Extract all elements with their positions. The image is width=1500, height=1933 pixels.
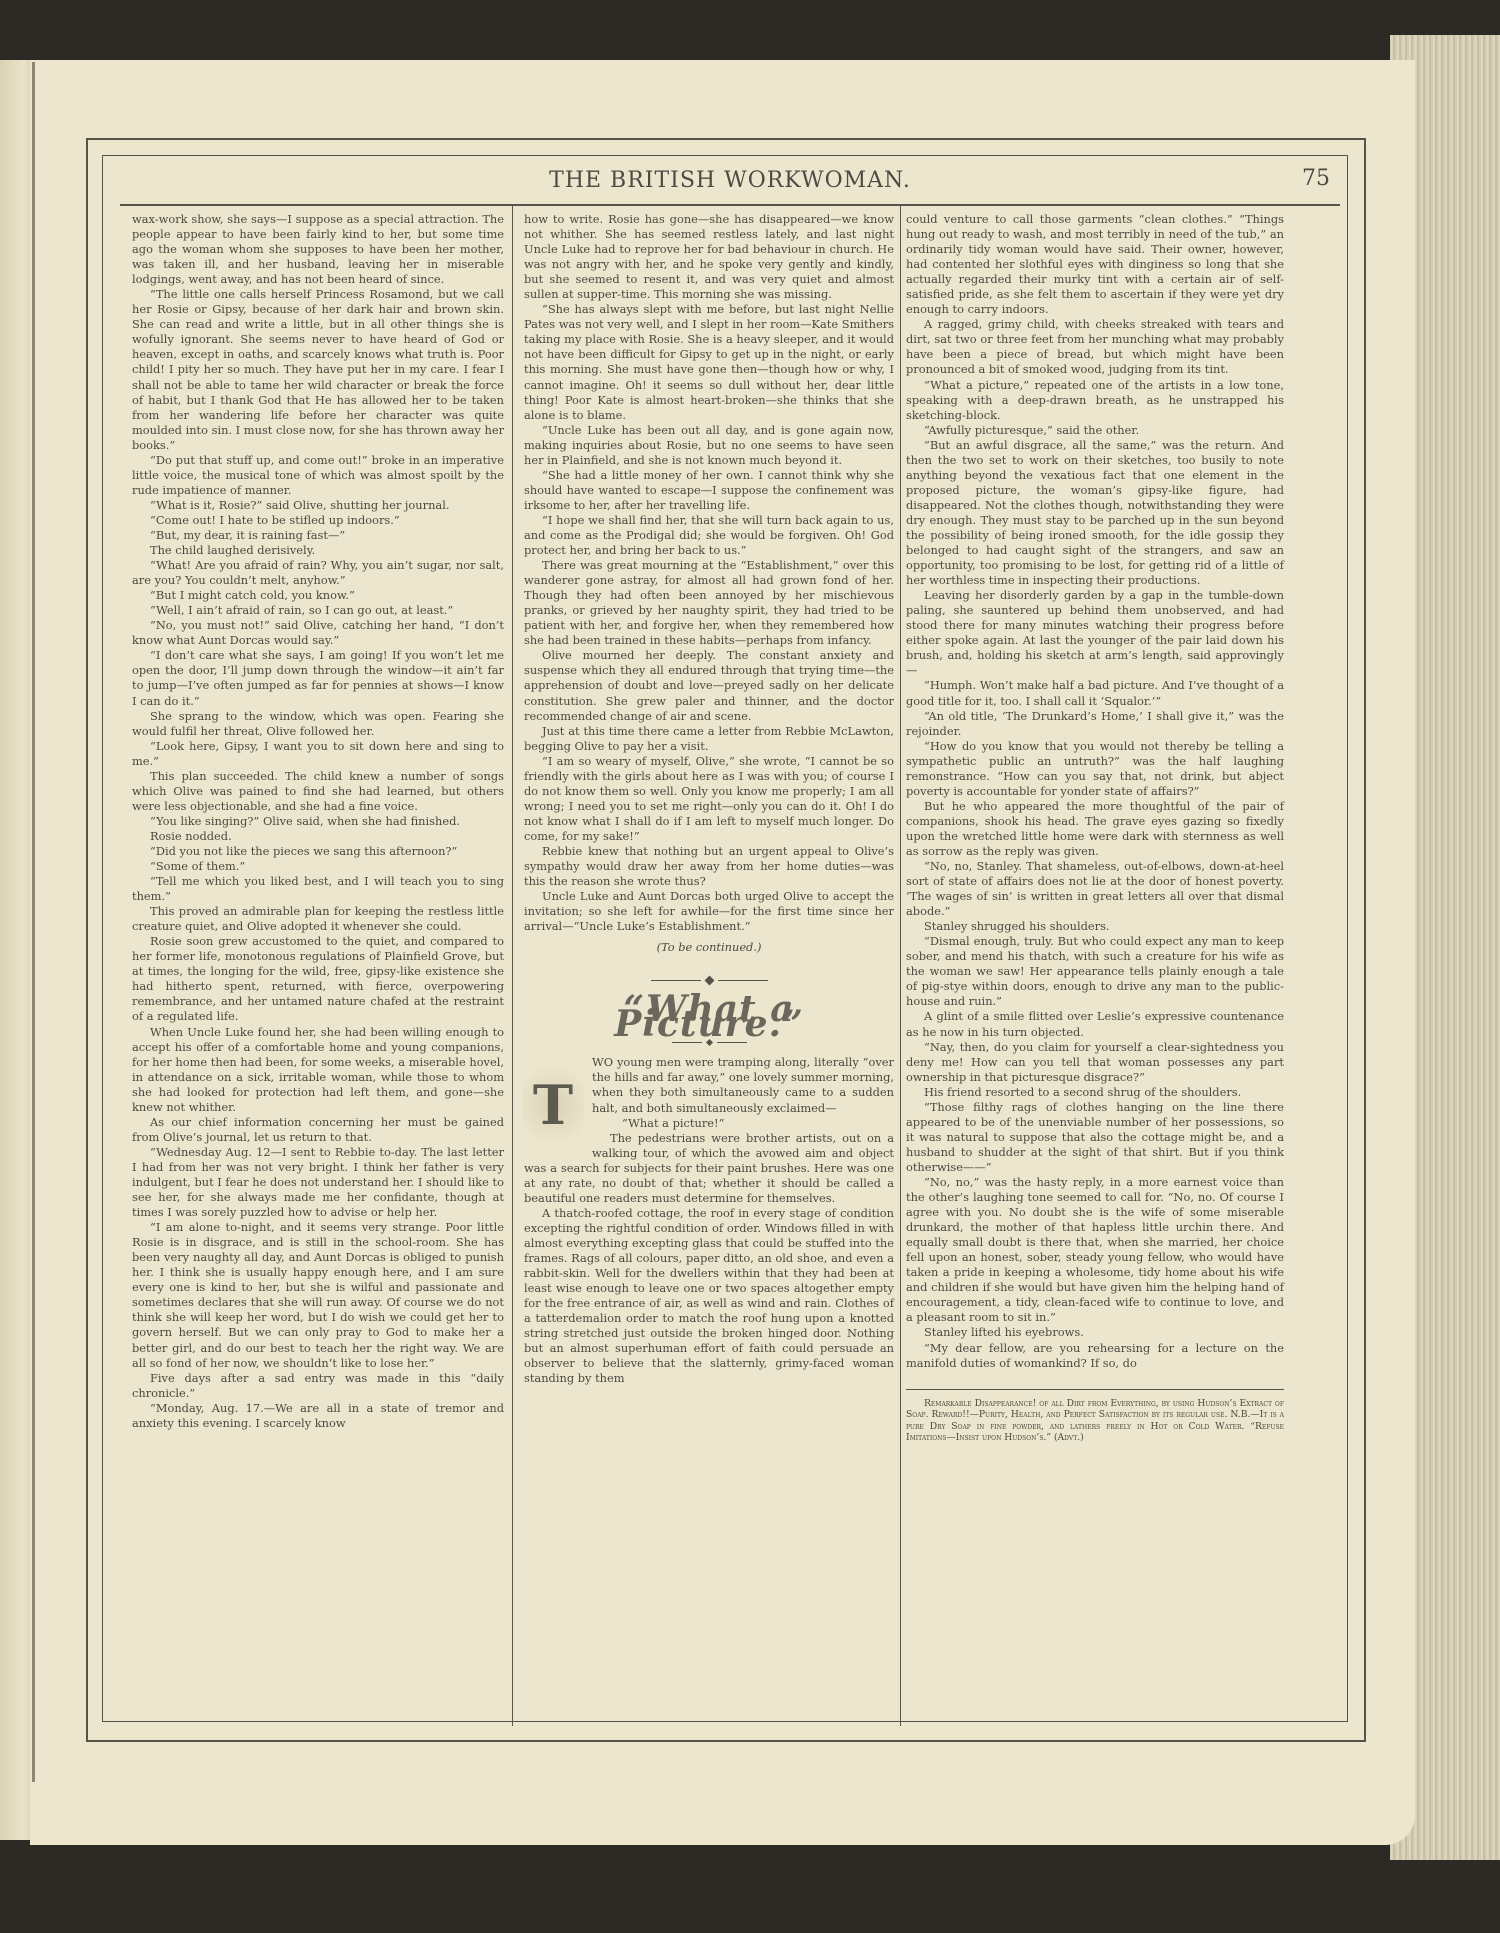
- page-number: 75: [1302, 166, 1330, 191]
- section-ornament: [524, 977, 894, 984]
- paragraph: “Humph. Won’t make half a bad picture. A…: [906, 678, 1284, 708]
- column-right: could venture to call those garments “cl…: [906, 212, 1284, 1712]
- paragraph: “But, my dear, it is raining fast—”: [132, 528, 504, 543]
- paragraph: A ragged, grimy child, with cheeks strea…: [906, 317, 1284, 377]
- paragraph: wax-work show, she says—I suppose as a s…: [132, 212, 504, 287]
- paragraph: As our chief information concerning her …: [132, 1115, 504, 1145]
- advertisement: Remarkable Disappearance! of all Dirt fr…: [906, 1398, 1284, 1444]
- paragraph: This proved an admirable plan for keepin…: [132, 904, 504, 934]
- column-left: wax-work show, she says—I suppose as a s…: [132, 212, 504, 1712]
- paragraph: could venture to call those garments “cl…: [906, 212, 1284, 317]
- paragraph: “Awfully picturesque,” said the other.: [906, 423, 1284, 438]
- paragraph: “Come out! I hate to be stifled up indoo…: [132, 513, 504, 528]
- advertisement-rule: [906, 1389, 1284, 1390]
- ornament-diamond-icon: [705, 1039, 712, 1046]
- paragraph: “The little one calls herself Princess R…: [132, 287, 504, 453]
- paragraph: “Do put that stuff up, and come out!” br…: [132, 453, 504, 498]
- paragraph: “I don’t care what she says, I am going!…: [132, 648, 504, 708]
- paragraph: Leaving her disorderly garden by a gap i…: [906, 588, 1284, 678]
- column-divider: [900, 206, 901, 1726]
- paragraph: Stanley shrugged his shoulders.: [906, 919, 1284, 934]
- paragraph: “Wednesday Aug. 12—I sent to Rebbie to-d…: [132, 1145, 504, 1220]
- paragraph: There was great mourning at the “Establi…: [524, 558, 894, 648]
- paragraph: “You like singing?” Olive said, when she…: [132, 814, 504, 829]
- paragraph: The child laughed derisively.: [132, 543, 504, 558]
- header-rule: [120, 204, 1340, 206]
- paragraph: “I am so weary of myself, Olive,” she wr…: [524, 754, 894, 844]
- paragraph: “What a picture,” repeated one of the ar…: [906, 378, 1284, 423]
- paragraph: “She has always slept with me before, bu…: [524, 302, 894, 422]
- paragraph: “My dear fellow, are you rehearsing for …: [906, 1341, 1284, 1371]
- publication-title: THE BRITISH WORKWOMAN.: [120, 168, 1340, 193]
- ornament-line: [651, 980, 701, 981]
- paragraph: But he who appeared the more thoughtful …: [906, 799, 1284, 859]
- article-body: T WO young men were tramping along, lite…: [524, 1055, 894, 1386]
- paragraph: A thatch-roofed cottage, the roof in eve…: [524, 1206, 894, 1387]
- title-ornament: [524, 1040, 894, 1045]
- article-title: “What a Picture.”: [524, 1002, 894, 1032]
- ornament-line: [717, 1042, 747, 1043]
- paragraph: A glint of a smile flitted over Leslie’s…: [906, 1009, 1284, 1039]
- paragraph: She sprang to the window, which was open…: [132, 709, 504, 739]
- paragraph: “Some of them.”: [132, 859, 504, 874]
- paragraph: “Monday, Aug. 17.—We are all in a state …: [132, 1401, 504, 1431]
- paragraph: Rosie soon grew accustomed to the quiet,…: [132, 934, 504, 1024]
- paragraph: Five days after a sad entry was made in …: [132, 1371, 504, 1401]
- paragraph: Rosie nodded.: [132, 829, 504, 844]
- ornament-diamond-icon: [704, 976, 714, 986]
- paragraph: “No, no,” was the hasty reply, in a more…: [906, 1175, 1284, 1325]
- paragraph: “Did you not like the pieces we sang thi…: [132, 844, 504, 859]
- paragraph: “I hope we shall find her, that she will…: [524, 513, 894, 558]
- paragraph: “Uncle Luke has been out all day, and is…: [524, 423, 894, 468]
- to-be-continued-note: (To be continued.): [524, 940, 894, 955]
- paragraph: “No, you must not!” said Olive, catching…: [132, 618, 504, 648]
- ornament-line: [672, 1042, 702, 1043]
- paragraph: “Look here, Gipsy, I want you to sit dow…: [132, 739, 504, 769]
- paragraph: When Uncle Luke found her, she had been …: [132, 1025, 504, 1115]
- paragraph: Stanley lifted his eyebrows.: [906, 1325, 1284, 1340]
- paragraph: “But I might catch cold, you know.”: [132, 588, 504, 603]
- column-middle: how to write. Rosie has gone—she has dis…: [524, 212, 894, 1712]
- paragraph: “But an awful disgrace, all the same,” w…: [906, 438, 1284, 588]
- paragraph: “How do you know that you would not ther…: [906, 739, 1284, 799]
- paragraph: “I am alone to-night, and it seems very …: [132, 1220, 504, 1370]
- paragraph: Uncle Luke and Aunt Dorcas both urged Ol…: [524, 889, 894, 934]
- paragraph: Olive mourned her deeply. The constant a…: [524, 648, 894, 723]
- paragraph: “What is it, Rosie?” said Olive, shuttin…: [132, 498, 504, 513]
- paragraph: “Dismal enough, truly. But who could exp…: [906, 934, 1284, 1009]
- paragraph: “She had a little money of her own. I ca…: [524, 468, 894, 513]
- paragraph: “What! Are you afraid of rain? Why, you …: [132, 558, 504, 588]
- paragraph: “No, no, Stanley. That shameless, out-of…: [906, 859, 1284, 919]
- ornament-line: [718, 980, 768, 981]
- paragraph: how to write. Rosie has gone—she has dis…: [524, 212, 894, 302]
- column-divider: [512, 206, 513, 1726]
- paragraph: Just at this time there came a letter fr…: [524, 724, 894, 754]
- book-gutter: [32, 62, 35, 1782]
- paragraph: Rebbie knew that nothing but an urgent a…: [524, 844, 894, 889]
- paragraph: His friend resorted to a second shrug of…: [906, 1085, 1284, 1100]
- paragraph: “Those filthy rags of clothes hanging on…: [906, 1100, 1284, 1175]
- paragraph: “Nay, then, do you claim for yourself a …: [906, 1040, 1284, 1085]
- paragraph: “Well, I ain’t afraid of rain, so I can …: [132, 603, 504, 618]
- running-header: THE BRITISH WORKWOMAN. 75: [120, 160, 1340, 200]
- paragraph: “Tell me which you liked best, and I wil…: [132, 874, 504, 904]
- paragraph: This plan succeeded. The child knew a nu…: [132, 769, 504, 814]
- decorated-dropcap-icon: T: [522, 1057, 584, 1153]
- paragraph: “An old title, ‘The Drunkard’s Home,’ I …: [906, 709, 1284, 739]
